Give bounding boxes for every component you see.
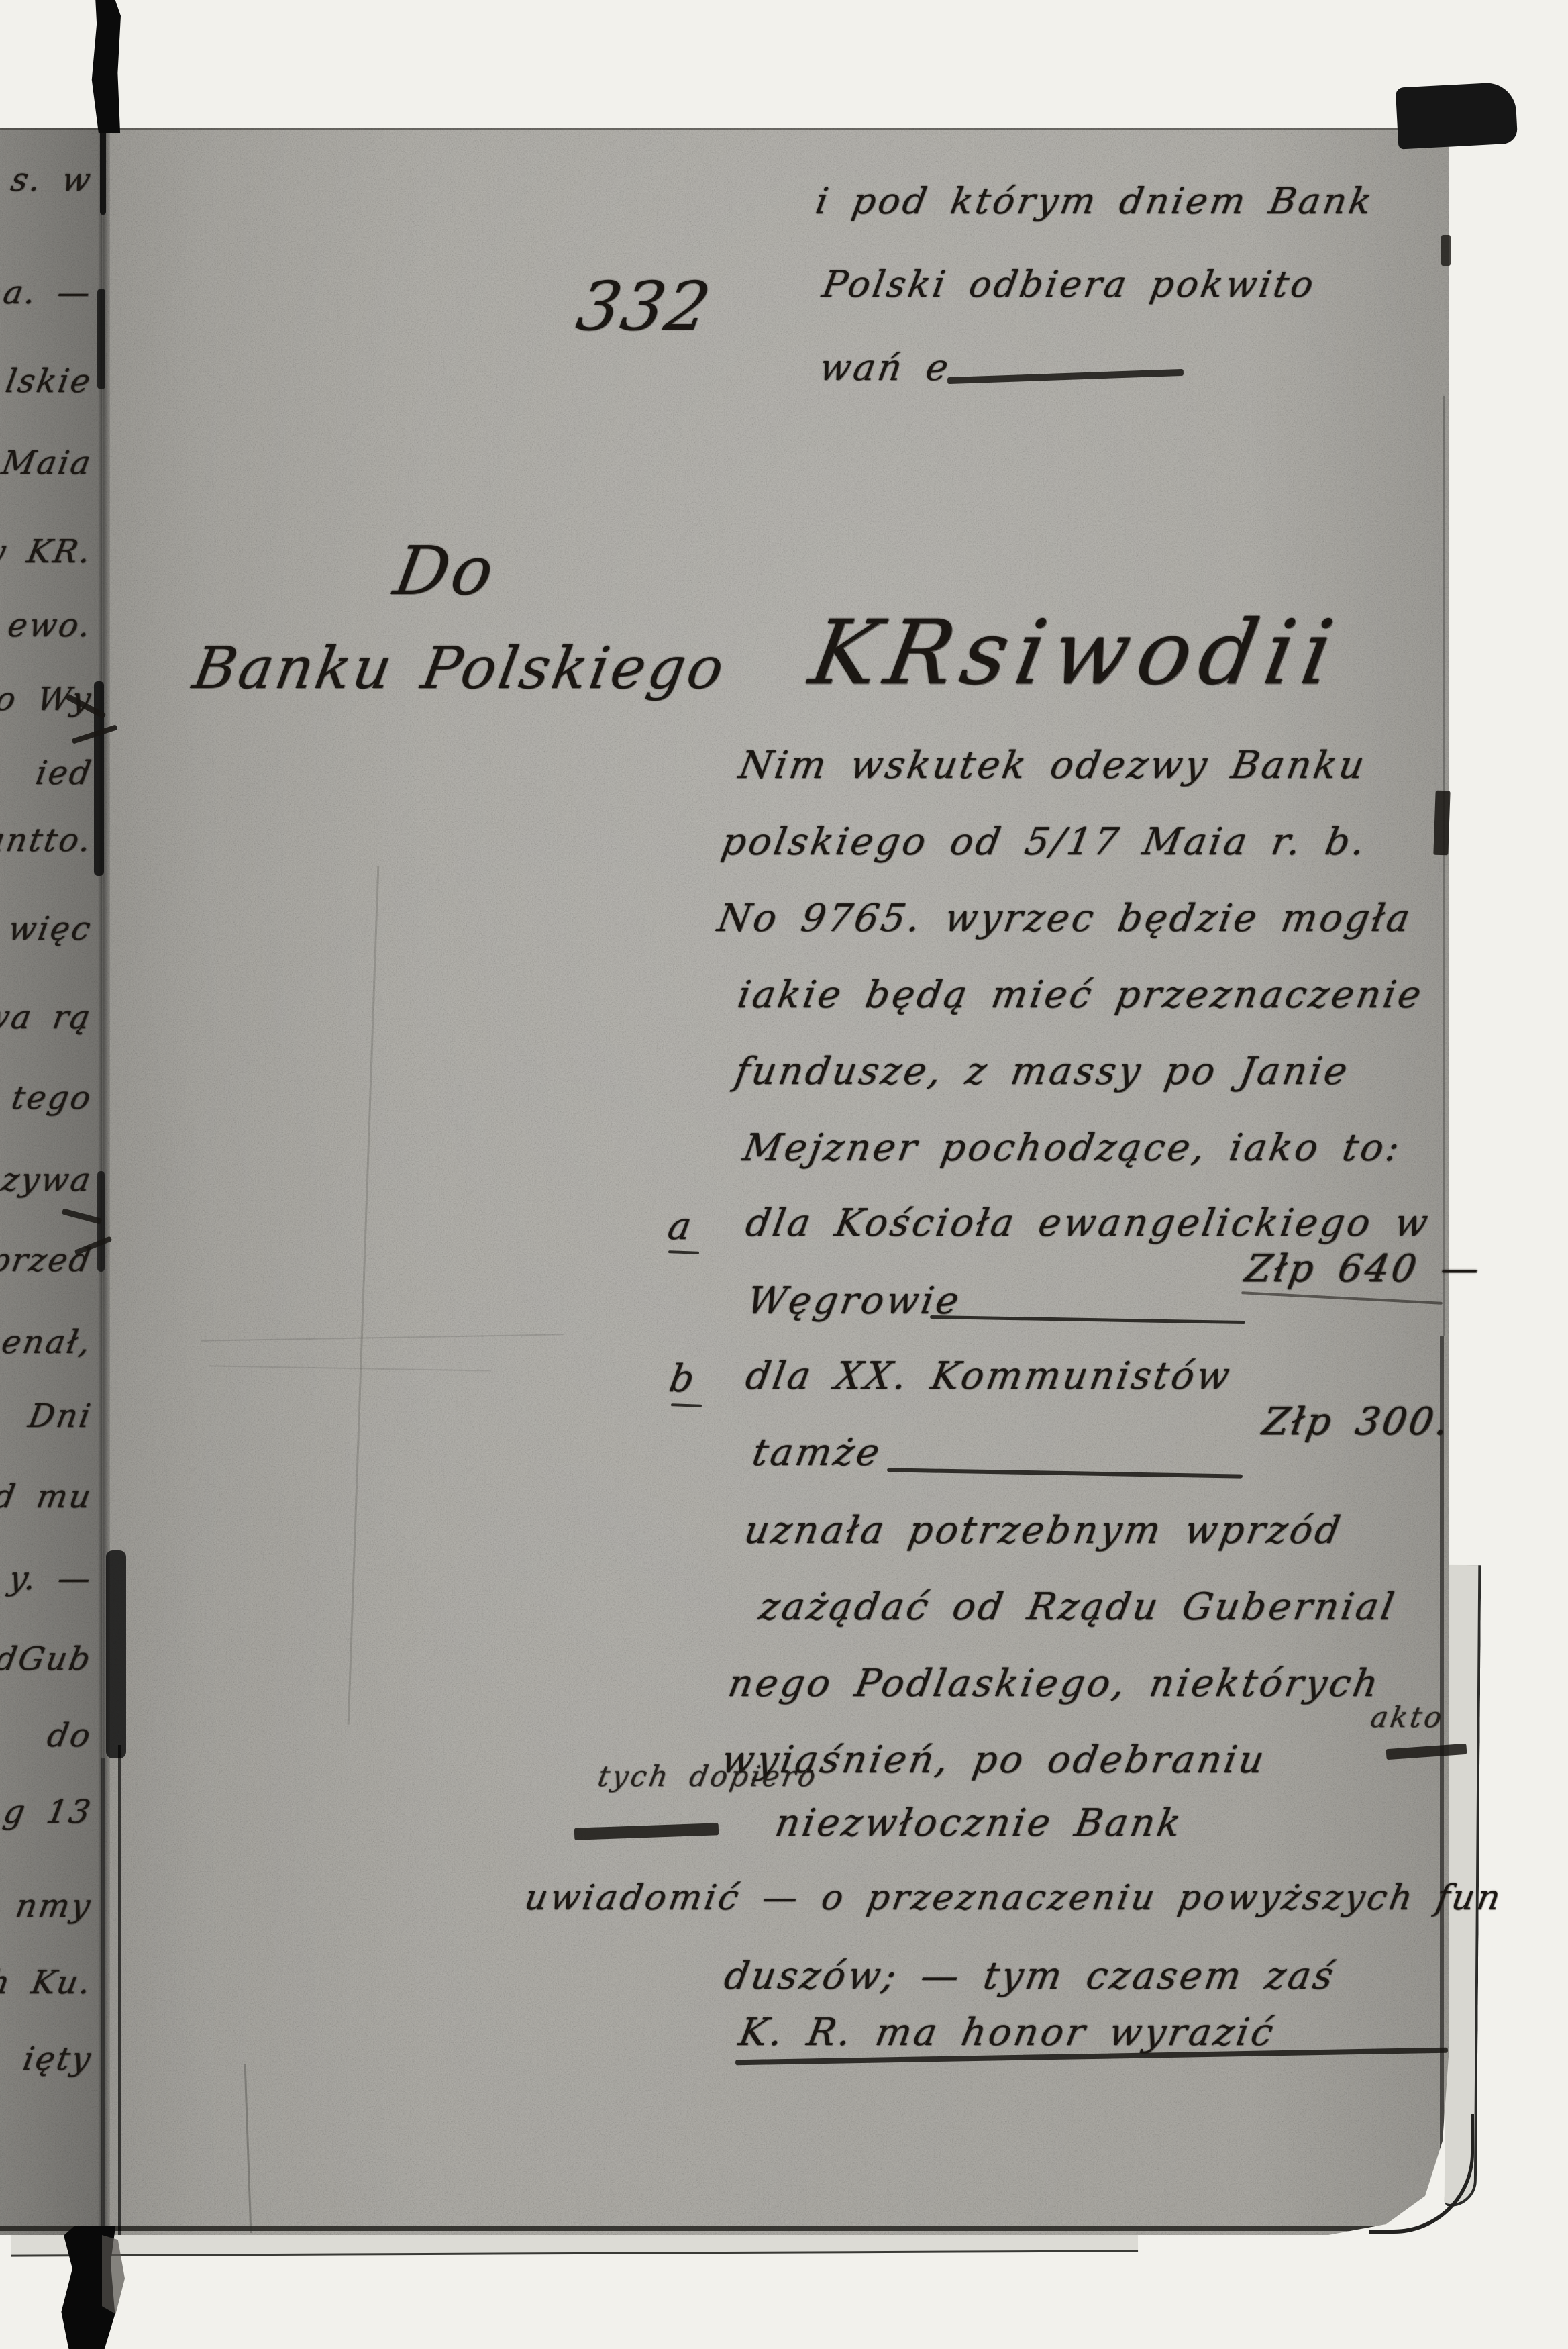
previous-page-line-fragment: h Ku. [0,1964,95,2001]
previous-page-line-fragment: y. — [6,1560,95,1597]
handwritten-line: KRsiwodii [803,601,1349,705]
handwritten-line: Banku Polskiego [188,635,731,702]
ink-stroke [71,724,117,744]
handwritten-line: a [665,1205,695,1248]
handwritten-line: tych dopiero [595,1760,821,1793]
handwritten-line: dla XX. Kommunistów [743,1354,1236,1398]
handwritten-line: Złp 640 — [1242,1247,1485,1291]
handwritten-line: fundusze, z massy po Janie [732,1050,1353,1093]
ink-stroke [887,1468,1243,1478]
previous-page-line-fragment: Dni [25,1397,95,1435]
previous-page-line-fragment: nmy [13,1887,95,1925]
ink-stroke [668,1250,699,1254]
previous-page-line-fragment: antto. [0,821,95,859]
previous-page-line-fragment: zywa [0,1161,95,1199]
ink-stroke [930,1315,1245,1324]
previous-page-line-fragment: 17 Maia [0,444,95,482]
handwritten-line: uwiadomić — o przeznaczeniu powyższych f… [521,1878,1506,1918]
previous-page-line-fragment: my KR. [0,533,95,570]
handwritten-line: Węgrowie [744,1279,965,1323]
paper-crease [201,1334,564,1341]
ink-stroke [62,1208,102,1224]
previous-page-line-fragment: enał, [0,1323,95,1361]
previous-page-line-fragment: ię więc [0,910,95,948]
scan-stage: i pod którym dniem BankPolski odbiera po… [0,0,1568,2349]
handwritten-line: nego Podlaskiego, niektórych [725,1662,1384,1705]
previous-page-line-fragment: przed [0,1242,95,1279]
handwritten-line: b [666,1357,698,1401]
previous-page-line-fragment: lskie [3,362,95,400]
handwritten-line: tamże [749,1431,886,1475]
handwritten-line: duszów; — tym czasem zaś [721,1954,1339,1998]
handwritten-line: Do [388,532,502,610]
previous-page-line-fragment: a tego [0,1079,95,1117]
previous-page-line-fragment: ięty [20,2040,95,2078]
handwritten-line: wań e [817,346,954,389]
handwriting-layer: i pod którym dniem BankPolski odbiera po… [0,0,1568,2349]
previous-page-line-fragment: d mu [0,1478,95,1515]
handwritten-line: Złp 300. [1259,1400,1455,1444]
handwritten-line: zażądać od Rządu Gubernial [756,1585,1400,1629]
ink-stroke [1433,791,1450,856]
handwritten-line: Mejzner pochodzące, iako to: [740,1126,1406,1170]
ink-stroke [947,369,1184,384]
ink-stroke [574,1823,719,1840]
ink-stroke [1241,1291,1443,1305]
ink-stroke [671,1403,702,1407]
previous-page-line-fragment: ied [33,754,95,792]
paper-crease [209,1365,491,1371]
handwritten-line: Nim wskutek odezwy Banku [736,744,1371,787]
handwritten-line: niezwłocznie Bank [772,1801,1187,1845]
previous-page-line-fragment: wa rą [0,999,95,1036]
handwritten-line: akto [1368,1701,1447,1734]
previous-page-line-fragment: go Wy [0,681,95,718]
paper-crease [348,866,380,1724]
previous-page-line-fragment: h ewo. [0,607,95,644]
previous-page-line-fragment: dGub [0,1640,95,1678]
handwritten-line: Polski odbiera pokwito [819,263,1319,305]
handwritten-line: i pod którym dniem Bank [813,180,1377,222]
ink-stroke [1441,235,1451,266]
previous-page-line-fragment: 3 g 13 [0,1793,95,1831]
ink-stroke [1386,1744,1467,1760]
handwritten-line: No 9765. wyrzec będzie mogła [715,897,1416,940]
handwritten-line: polskiego od 5/17 Maia r. b. [719,820,1371,864]
handwritten-line: uznała potrzebnym wprzód [741,1509,1346,1552]
handwritten-line: K. R. ma honor wyrazić [736,2011,1279,2054]
handwritten-line: dla Kościoła ewangelickiego w [743,1201,1434,1245]
previous-page-line-fragment: s. w [8,161,95,199]
paper-crease [244,2064,252,2233]
handwritten-line: 332 [571,267,717,346]
previous-page-line-fragment: owana. — [0,274,95,311]
previous-page-line-fragment: do [45,1717,95,1754]
handwritten-line: iakie będą mieć przeznaczenie [735,973,1427,1017]
